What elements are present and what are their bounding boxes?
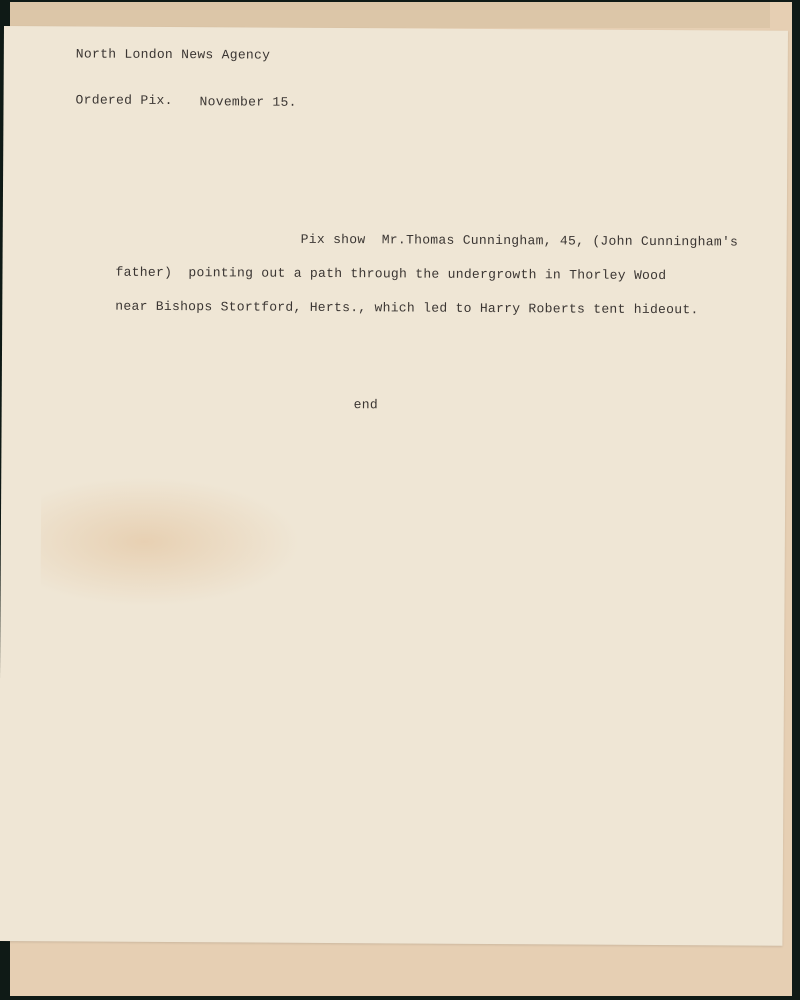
caption-line-3: near Bishops Stortford, Herts., which le… bbox=[115, 299, 698, 318]
backing-card-top-edge bbox=[10, 2, 770, 28]
typed-document-sheet: North London News Agency Ordered Pix. No… bbox=[0, 26, 788, 946]
end-marker: end bbox=[354, 397, 378, 412]
caption-line-1: Pix show Mr.Thomas Cunningham, 45, (John… bbox=[301, 232, 739, 250]
agency-name: North London News Agency bbox=[76, 46, 271, 62]
ordered-label: Ordered Pix. bbox=[76, 92, 173, 108]
caption-line-2: father) pointing out a path through the … bbox=[115, 265, 666, 283]
order-date: November 15. bbox=[199, 94, 296, 110]
paper-stain bbox=[40, 476, 301, 608]
